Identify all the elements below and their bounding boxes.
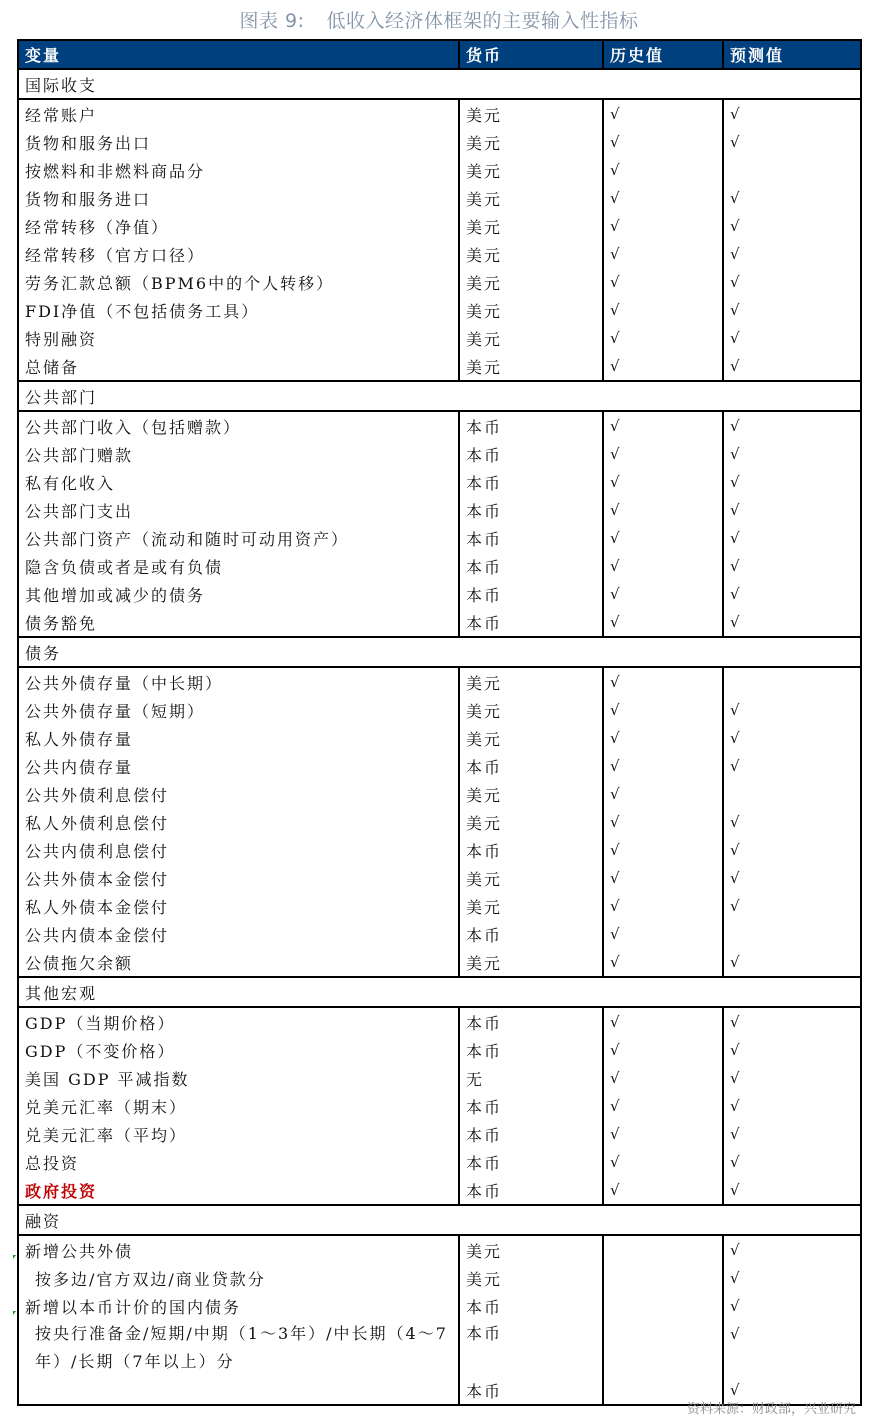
historical-check: √ [603,948,723,977]
forecast-check: √ [723,128,861,156]
currency-cell: 本币 [459,836,603,864]
currency-cell: 美元 [459,99,603,128]
forecast-check: √ [723,864,861,892]
table-row: 劳务汇款总额（BPM6中的个人转移）美元√√ [18,268,861,296]
currency-cell: 美元 [459,948,603,977]
historical-check: √ [603,268,723,296]
historical-check: √ [603,296,723,324]
table-row: 经常账户美元√√ [18,99,861,128]
currency-cell: 本币 [459,920,603,948]
forecast-check: √ [723,580,861,608]
currency-cell: 美元 [459,128,603,156]
table-row: 公共内债存量本币√√ [18,752,861,780]
header-currency: 货币 [459,40,603,69]
forecast-check: √ [723,268,861,296]
forecast-check: √ [723,1064,861,1092]
source-note: 资料来源：财政部，兴业研究 [687,1398,856,1417]
table-row: 公共部门资产（流动和随时可动用资产）本币√√ [18,524,861,552]
variable-cell: 特别融资 [18,324,459,352]
forecast-check: √ [723,296,861,324]
historical-check: √ [603,552,723,580]
forecast-check: √ [723,1092,861,1120]
variable-cell: 经常转移（官方口径） [18,240,459,268]
currency-cell: 美元 [459,296,603,324]
historical-check: √ [603,696,723,724]
variable-cell: 按燃料和非燃料商品分 [18,156,459,184]
historical-check: √ [603,808,723,836]
table-row: GDP（不变价格）本币√√ [18,1036,861,1064]
currency-cell: 无 [459,1064,603,1092]
variable-cell: 劳务汇款总额（BPM6中的个人转移） [18,268,459,296]
currency-cell: 美元 [459,864,603,892]
historical-check: √ [603,667,723,696]
table-row: 公共外债利息偿付美元√ [18,780,861,808]
forecast-check: √ [723,1007,861,1036]
forecast-check: √ [723,1148,861,1176]
table-row-multiline: 按央行准备金/短期/中期（1～3年）/中长期（4～7年）/长期（7年以上）分本币… [18,1320,861,1376]
table-row: 货物和服务出口美元√√ [18,128,861,156]
table-row: 公共部门支出本币√√ [18,496,861,524]
forecast-check: √ [723,1292,861,1320]
currency-cell: 美元 [459,240,603,268]
table-row: 私人外债存量美元√√ [18,724,861,752]
variable-cell: 私人外债利息偿付 [18,808,459,836]
currency-cell: 美元 [459,212,603,240]
table-row: 公共外债本金偿付美元√√ [18,864,861,892]
historical-check: √ [603,411,723,440]
currency-cell: 美元 [459,156,603,184]
currency-cell: 美元 [459,724,603,752]
variable-cell: 债务豁免 [18,608,459,637]
currency-cell: 本币 [459,608,603,637]
section-row-public-sector: 公共部门 [18,381,861,411]
table-row: 私人外债本金偿付美元√√ [18,892,861,920]
variable-cell: 货物和服务出口 [18,128,459,156]
variable-cell-indented: 按多边/官方双边/商业贷款分 [18,1264,459,1292]
currency-cell: 本币 [459,1376,603,1405]
variable-cell: 公共外债存量（短期） [18,696,459,724]
section-label: 国际收支 [18,69,861,99]
section-label: 债务 [18,637,861,667]
table-row: 货物和服务进口美元√√ [18,184,861,212]
currency-cell: 本币 [459,1092,603,1120]
historical-check: √ [603,352,723,381]
section-row-balance-of-payments: 国际收支 [18,69,861,99]
variable-cell: 其他增加或减少的债务 [18,580,459,608]
variable-cell: 新增以本币计价的国内债务 [18,1292,459,1320]
historical-check: √ [603,580,723,608]
forecast-check [723,667,861,696]
table-row: 经常转移（净值）美元√√ [18,212,861,240]
table-row: 按多边/官方双边/商业贷款分美元√ [18,1264,861,1292]
variable-cell: 经常账户 [18,99,459,128]
forecast-check [723,780,861,808]
forecast-check: √ [723,212,861,240]
historical-check: √ [603,128,723,156]
forecast-check: √ [723,724,861,752]
variable-cell: 私人外债存量 [18,724,459,752]
historical-check: √ [603,156,723,184]
historical-check [603,1264,723,1292]
currency-cell: 本币 [459,1148,603,1176]
section-row-debt: 债务 [18,637,861,667]
historical-check: √ [603,780,723,808]
variable-cell [18,1376,459,1405]
variable-cell: 兑美元汇率（期末） [18,1092,459,1120]
table-row: 隐含负债或者是或有负债本币√√ [18,552,861,580]
historical-check: √ [603,864,723,892]
currency-cell: 美元 [459,892,603,920]
section-label: 融资 [18,1205,861,1235]
table-row: 按燃料和非燃料商品分美元√ [18,156,861,184]
variable-cell: 公共部门收入（包括赠款） [18,411,459,440]
forecast-check: √ [723,608,861,637]
forecast-check: √ [723,836,861,864]
forecast-check: √ [723,1320,861,1376]
variable-cell: FDI净值（不包括债务工具） [18,296,459,324]
currency-cell: 本币 [459,468,603,496]
forecast-check: √ [723,440,861,468]
currency-cell: 美元 [459,667,603,696]
forecast-check: √ [723,892,861,920]
table-row: 公债拖欠余额美元√√ [18,948,861,977]
header-forecast: 预测值 [723,40,861,69]
forecast-check: √ [723,752,861,780]
table-header-row: 变量 货币 历史值 预测值 [18,40,861,69]
currency-cell: 本币 [459,1036,603,1064]
table-row: GDP（当期价格）本币√√ [18,1007,861,1036]
variable-cell: 美国 GDP 平减指数 [18,1064,459,1092]
table-row: 新增以本币计价的国内债务本币√ [18,1292,861,1320]
historical-check: √ [603,240,723,268]
section-row-other-macro: 其他宏观 [18,977,861,1007]
table-row: 公共部门赠款本币√√ [18,440,861,468]
table-row: 公共内债本金偿付本币√ [18,920,861,948]
forecast-check: √ [723,352,861,381]
table-row: 兑美元汇率（平均）本币√√ [18,1120,861,1148]
variable-cell: 经常转移（净值） [18,212,459,240]
table-row: 经常转移（官方口径）美元√√ [18,240,861,268]
forecast-check: √ [723,1120,861,1148]
table-row: 新增公共外债美元√ [18,1235,861,1264]
table-row: 其他增加或减少的债务本币√√ [18,580,861,608]
table-row: 公共外债存量（中长期）美元√ [18,667,861,696]
historical-check: √ [603,212,723,240]
table-row-highlighted: 政府投资本币√√ [18,1176,861,1205]
forecast-check: √ [723,552,861,580]
currency-cell: 本币 [459,552,603,580]
forecast-check: √ [723,1235,861,1264]
variable-cell: 公共内债利息偿付 [18,836,459,864]
currency-cell: 美元 [459,780,603,808]
variable-cell: 私有化收入 [18,468,459,496]
historical-check: √ [603,524,723,552]
currency-cell: 本币 [459,411,603,440]
currency-cell: 本币 [459,1176,603,1205]
historical-check: √ [603,324,723,352]
table-row: 公共内债利息偿付本币√√ [18,836,861,864]
historical-check: √ [603,1148,723,1176]
variable-cell: 公共外债利息偿付 [18,780,459,808]
header-historical: 历史值 [603,40,723,69]
forecast-check: √ [723,1264,861,1292]
historical-check: √ [603,1036,723,1064]
historical-check: √ [603,1007,723,1036]
table-row: 公共外债存量（短期）美元√√ [18,696,861,724]
currency-cell: 本币 [459,580,603,608]
forecast-check: √ [723,696,861,724]
variable-cell: GDP（不变价格） [18,1036,459,1064]
currency-cell: 美元 [459,352,603,381]
variable-cell: 新增公共外债 [18,1235,459,1264]
forecast-check: √ [723,524,861,552]
forecast-check: √ [723,496,861,524]
historical-check: √ [603,1176,723,1205]
historical-check: √ [603,752,723,780]
historical-check: √ [603,724,723,752]
historical-check: √ [603,99,723,128]
historical-check [603,1320,723,1376]
variable-cell: 公共内债存量 [18,752,459,780]
variable-cell: 公共部门资产（流动和随时可动用资产） [18,524,459,552]
table-row: 私有化收入本币√√ [18,468,861,496]
variable-cell: 公共外债存量（中长期） [18,667,459,696]
currency-cell: 本币 [459,440,603,468]
historical-check: √ [603,496,723,524]
forecast-check [723,156,861,184]
forecast-check: √ [723,808,861,836]
currency-cell: 美元 [459,184,603,212]
forecast-check: √ [723,240,861,268]
figure-number: 图表 9: [239,10,304,32]
forecast-check: √ [723,411,861,440]
table-row: 债务豁免本币√√ [18,608,861,637]
variable-cell: 兑美元汇率（平均） [18,1120,459,1148]
table-row: 特别融资美元√√ [18,324,861,352]
currency-cell: 本币 [459,1320,603,1376]
figure-title-text: 低收入经济体框架的主要输入性指标 [327,10,639,32]
historical-check: √ [603,836,723,864]
variable-cell: 公共内债本金偿付 [18,920,459,948]
historical-check: √ [603,920,723,948]
currency-cell: 美元 [459,696,603,724]
variable-cell: 公债拖欠余额 [18,948,459,977]
variable-cell: 公共部门支出 [18,496,459,524]
currency-cell: 本币 [459,496,603,524]
currency-cell: 本币 [459,1007,603,1036]
figure-title: 图表 9:低收入经济体框架的主要输入性指标 [0,6,878,33]
table-row: 总投资本币√√ [18,1148,861,1176]
variable-cell-wrapped: 按央行准备金/短期/中期（1～3年）/中长期（4～7年）/长期（7年以上）分 [18,1320,459,1376]
table-row: FDI净值（不包括债务工具）美元√√ [18,296,861,324]
variable-cell: 总投资 [18,1148,459,1176]
historical-check: √ [603,608,723,637]
variable-cell: 隐含负债或者是或有负债 [18,552,459,580]
forecast-check: √ [723,184,861,212]
table-row: 美国 GDP 平减指数无√√ [18,1064,861,1092]
section-label: 其他宏观 [18,977,861,1007]
currency-cell: 本币 [459,524,603,552]
section-row-financing: 融资 [18,1205,861,1235]
historical-check: √ [603,1120,723,1148]
historical-check: √ [603,892,723,920]
currency-cell: 美元 [459,268,603,296]
table-row: 公共部门收入（包括赠款）本币√√ [18,411,861,440]
forecast-check [723,920,861,948]
historical-check [603,1292,723,1320]
currency-cell: 本币 [459,752,603,780]
historical-check: √ [603,1064,723,1092]
forecast-check: √ [723,948,861,977]
historical-check: √ [603,1092,723,1120]
historical-check: √ [603,440,723,468]
forecast-check: √ [723,468,861,496]
section-label: 公共部门 [18,381,861,411]
header-variable: 变量 [18,40,459,69]
forecast-check: √ [723,1176,861,1205]
currency-cell: 美元 [459,808,603,836]
historical-check: √ [603,184,723,212]
table-row: 总储备美元√√ [18,352,861,381]
table-row: 私人外债利息偿付美元√√ [18,808,861,836]
currency-cell: 本币 [459,1120,603,1148]
variable-cell: GDP（当期价格） [18,1007,459,1036]
table-row: 兑美元汇率（期末）本币√√ [18,1092,861,1120]
variable-cell: 私人外债本金偿付 [18,892,459,920]
currency-cell: 美元 [459,1264,603,1292]
variable-cell: 货物和服务进口 [18,184,459,212]
variable-cell: 总储备 [18,352,459,381]
variable-cell: 公共外债本金偿付 [18,864,459,892]
historical-check: √ [603,468,723,496]
variable-cell: 公共部门赠款 [18,440,459,468]
forecast-check: √ [723,1036,861,1064]
forecast-check: √ [723,324,861,352]
indicator-table: 变量 货币 历史值 预测值 国际收支 经常账户美元√√ 货物和服务出口美元√√ … [17,39,862,1406]
currency-cell: 美元 [459,324,603,352]
forecast-check: √ [723,99,861,128]
historical-check [603,1235,723,1264]
currency-cell: 美元 [459,1235,603,1264]
currency-cell: 本币 [459,1292,603,1320]
variable-cell-highlighted: 政府投资 [18,1176,459,1205]
